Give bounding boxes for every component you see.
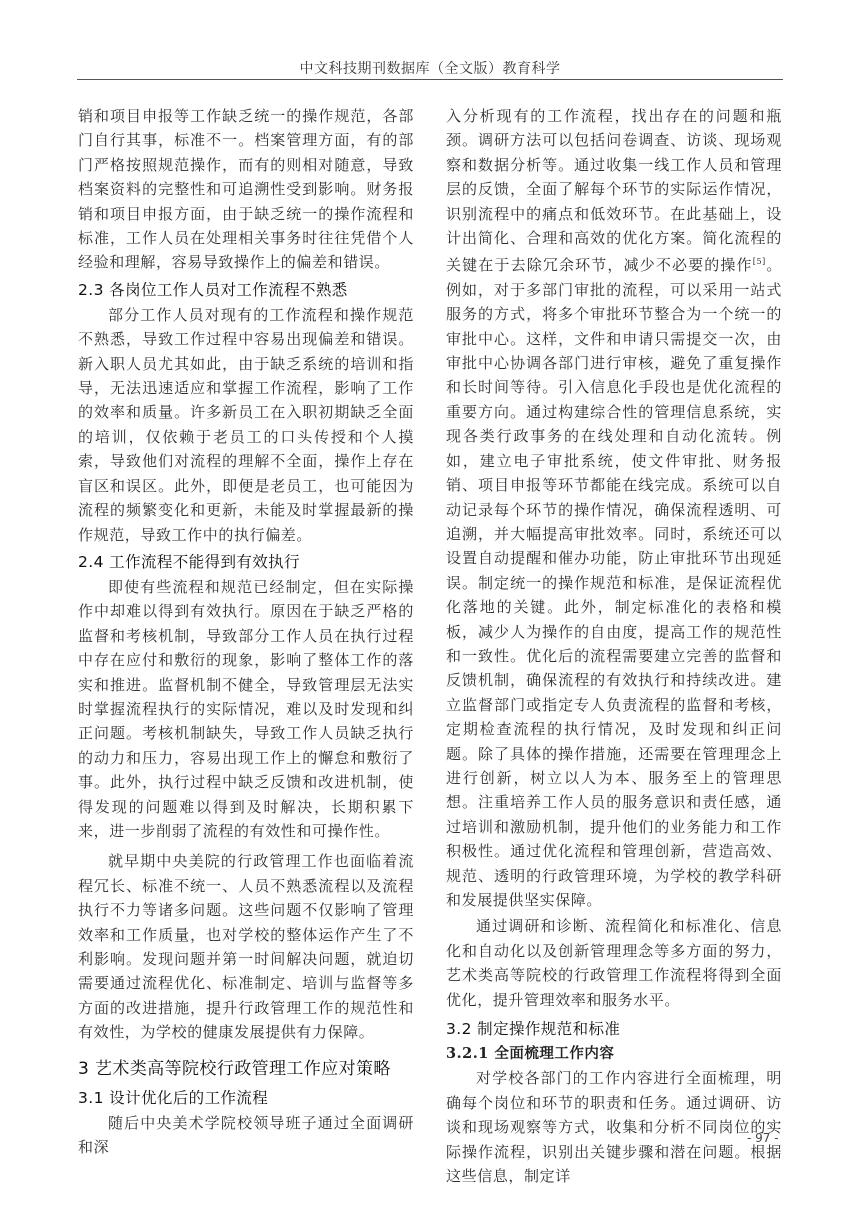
paragraph-3-1-part-a: 入分析现有的工作流程，找出存在的问题和瓶颈。调研方法可以包括问卷调查、访谈、现场… bbox=[446, 107, 782, 274]
paragraph-2-4: 即使有些流程和规范已经制定，但在实际操作中却难以得到有效执行。原因在于缺乏严格的… bbox=[78, 575, 414, 843]
paragraph-3-1-start: 随后中央美术学院校领导班子通过全面调研和深 bbox=[78, 1111, 414, 1160]
paragraph-3-1-part-b: 。例如，对于多部门审批的流程，可以采用一站式服务的方式，将多个审批环节整合为一个… bbox=[446, 256, 782, 909]
journal-header: 中文科技期刊数据库（全文版）教育科学 bbox=[77, 58, 783, 78]
paragraph-intro-continued: 销和项目申报等工作缺乏统一的操作规范，各部门自行其事，标准不一。档案管理方面，有… bbox=[78, 104, 414, 275]
section-heading-2-4: 2.4 工作流程不能得到有效执行 bbox=[78, 549, 414, 575]
header-divider bbox=[77, 79, 783, 80]
left-column: 销和项目申报等工作缺乏统一的操作规范，各部门自行其事，标准不一。档案管理方面，有… bbox=[78, 104, 414, 1159]
right-column: 入分析现有的工作流程，找出存在的问题和瓶颈。调研方法可以包括问卷调查、访谈、现场… bbox=[446, 104, 782, 1188]
paragraph-summary: 就早期中央美院的行政管理工作也面临着流程冗长、标准不统一、人员不熟悉流程以及流程… bbox=[78, 849, 414, 1044]
paragraph-conclusion: 通过调研和诊断、流程简化和标准化、信息化和自动化以及创新管理理念等多方面的努力，… bbox=[446, 914, 782, 1012]
citation-5[interactable]: [5] bbox=[753, 257, 766, 266]
page-number: - 97 - bbox=[747, 1131, 779, 1145]
section-heading-3-2-1: 3.2.1 全面梳理工作内容 bbox=[446, 1042, 782, 1066]
paragraph-2-3: 部分工作人员对现有的工作流程和操作规范不熟悉，导致工作过程中容易出现偏差和错误。… bbox=[78, 303, 414, 547]
paragraph-3-2-1: 对学校各部门的工作内容进行全面梳理，明确每个岗位和环节的职责和任务。通过调研、访… bbox=[446, 1066, 782, 1188]
section-heading-3-1: 3.1 设计优化后的工作流程 bbox=[78, 1085, 414, 1111]
section-heading-3-2: 3.2 制定操作规范和标准 bbox=[446, 1016, 782, 1042]
section-heading-2-3: 2.3 各岗位工作人员对工作流程不熟悉 bbox=[78, 277, 414, 303]
paragraph-3-1-continued: 入分析现有的工作流程，找出存在的问题和瓶颈。调研方法可以包括问卷调查、访谈、现场… bbox=[446, 104, 782, 912]
section-heading-3: 3 艺术类高等院校行政管理工作应对策略 bbox=[78, 1055, 414, 1083]
